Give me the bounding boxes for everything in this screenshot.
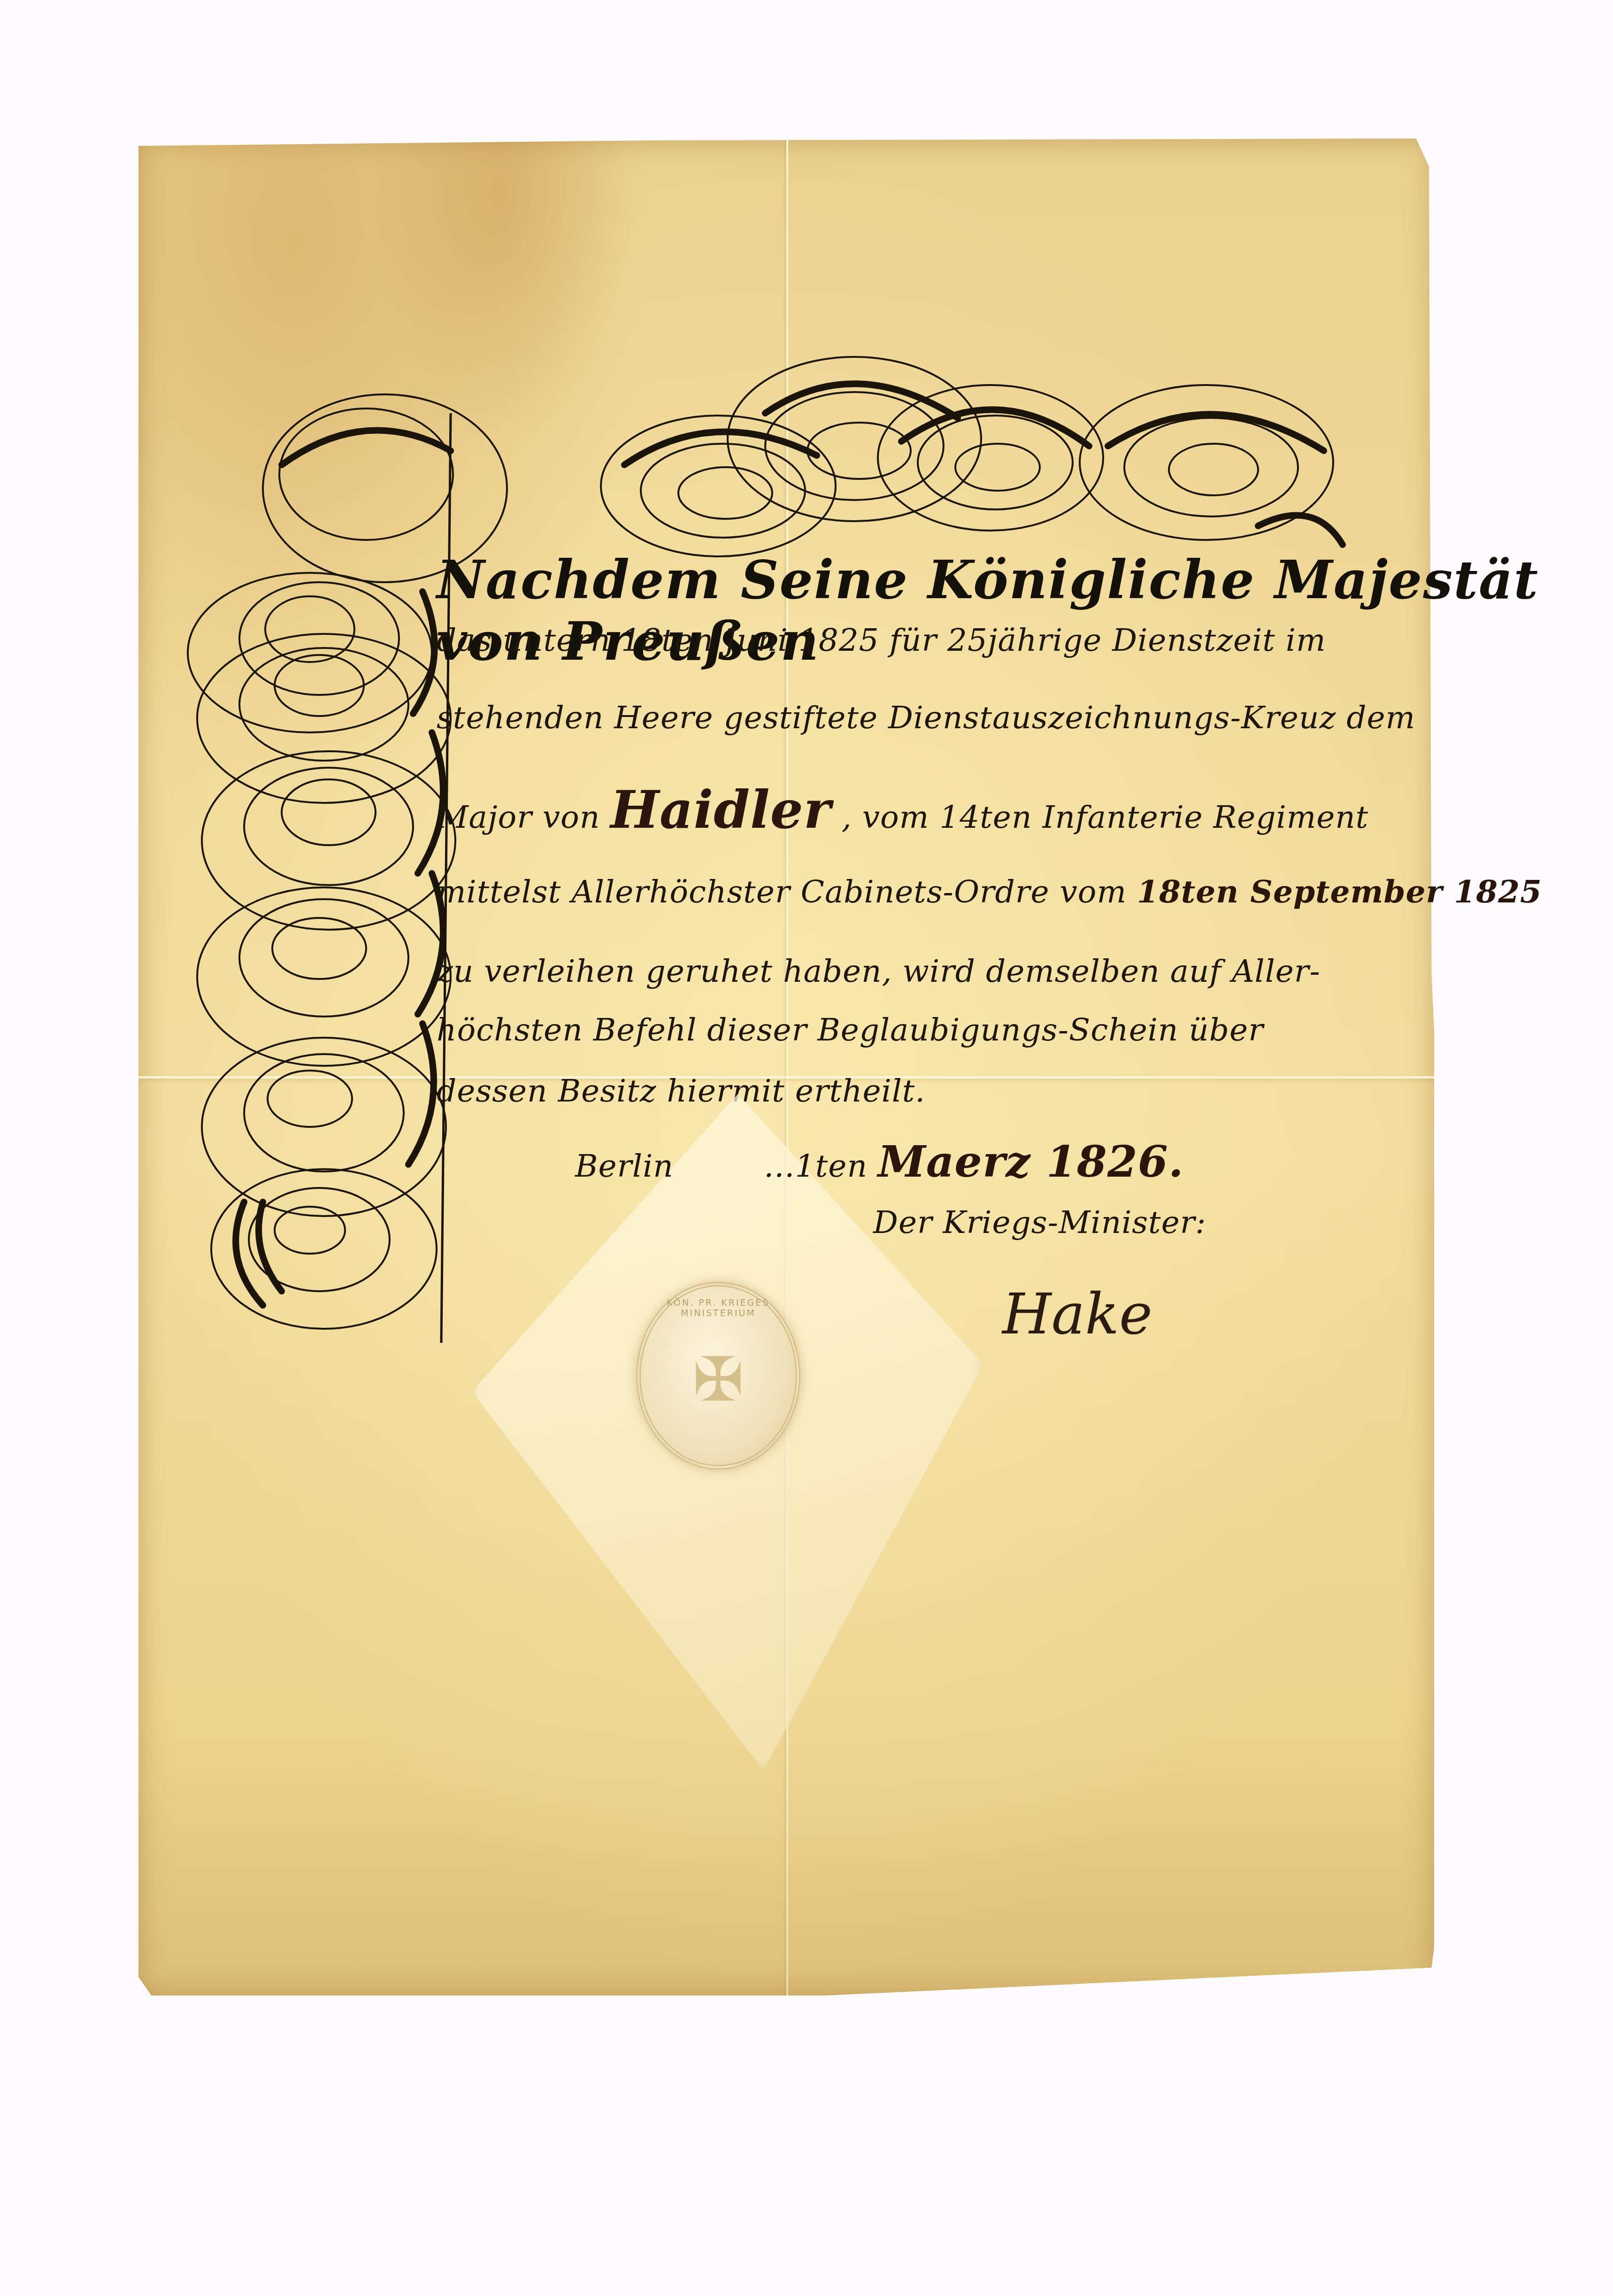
place: Berlin — [575, 1148, 674, 1184]
major-prefix: Major von — [437, 799, 600, 835]
body-line-3: Major von Haidler , vom 14ten Infanterie… — [437, 779, 1368, 840]
order-date: 18ten September 1825 — [1137, 873, 1542, 910]
embossed-seal: KÖN. PR. KRIEGES MINISTERIUM ✠ — [636, 1282, 800, 1470]
body-line-6: höchsten Befehl dieser Beglaubigungs-Sch… — [437, 1012, 1264, 1048]
month-year: Maerz 1826. — [878, 1136, 1184, 1187]
body-line-7: dessen Besitz hiermit ertheilt. — [437, 1073, 925, 1109]
body-line-5: zu verleihen geruhet haben, wird demselb… — [437, 953, 1321, 989]
regiment-text: , vom 14ten Infanterie Regiment — [842, 799, 1369, 835]
place-date-line: Berlin …1ten Maerz 1826. — [575, 1136, 1184, 1187]
signature: Hake — [1002, 1282, 1152, 1347]
eagle-emblem-icon: ✠ — [693, 1344, 744, 1415]
signatory-title: Der Kriegs-Minister: — [873, 1204, 1206, 1240]
body-line-1: das untern 18ten Juni 1825 für 25jährige… — [437, 622, 1326, 658]
body-line-2: stehenden Heere gestiftete Dienstauszeic… — [437, 700, 1415, 736]
cabinet-order-text: mittelst Allerhöchster Cabinets-Ordre vo… — [437, 874, 1127, 910]
seal-legend: KÖN. PR. KRIEGES MINISTERIUM — [641, 1298, 796, 1318]
day: …1ten — [764, 1148, 868, 1184]
body-line-4: mittelst Allerhöchster Cabinets-Ordre vo… — [437, 873, 1542, 910]
recipient-name: Haidler — [610, 779, 831, 840]
